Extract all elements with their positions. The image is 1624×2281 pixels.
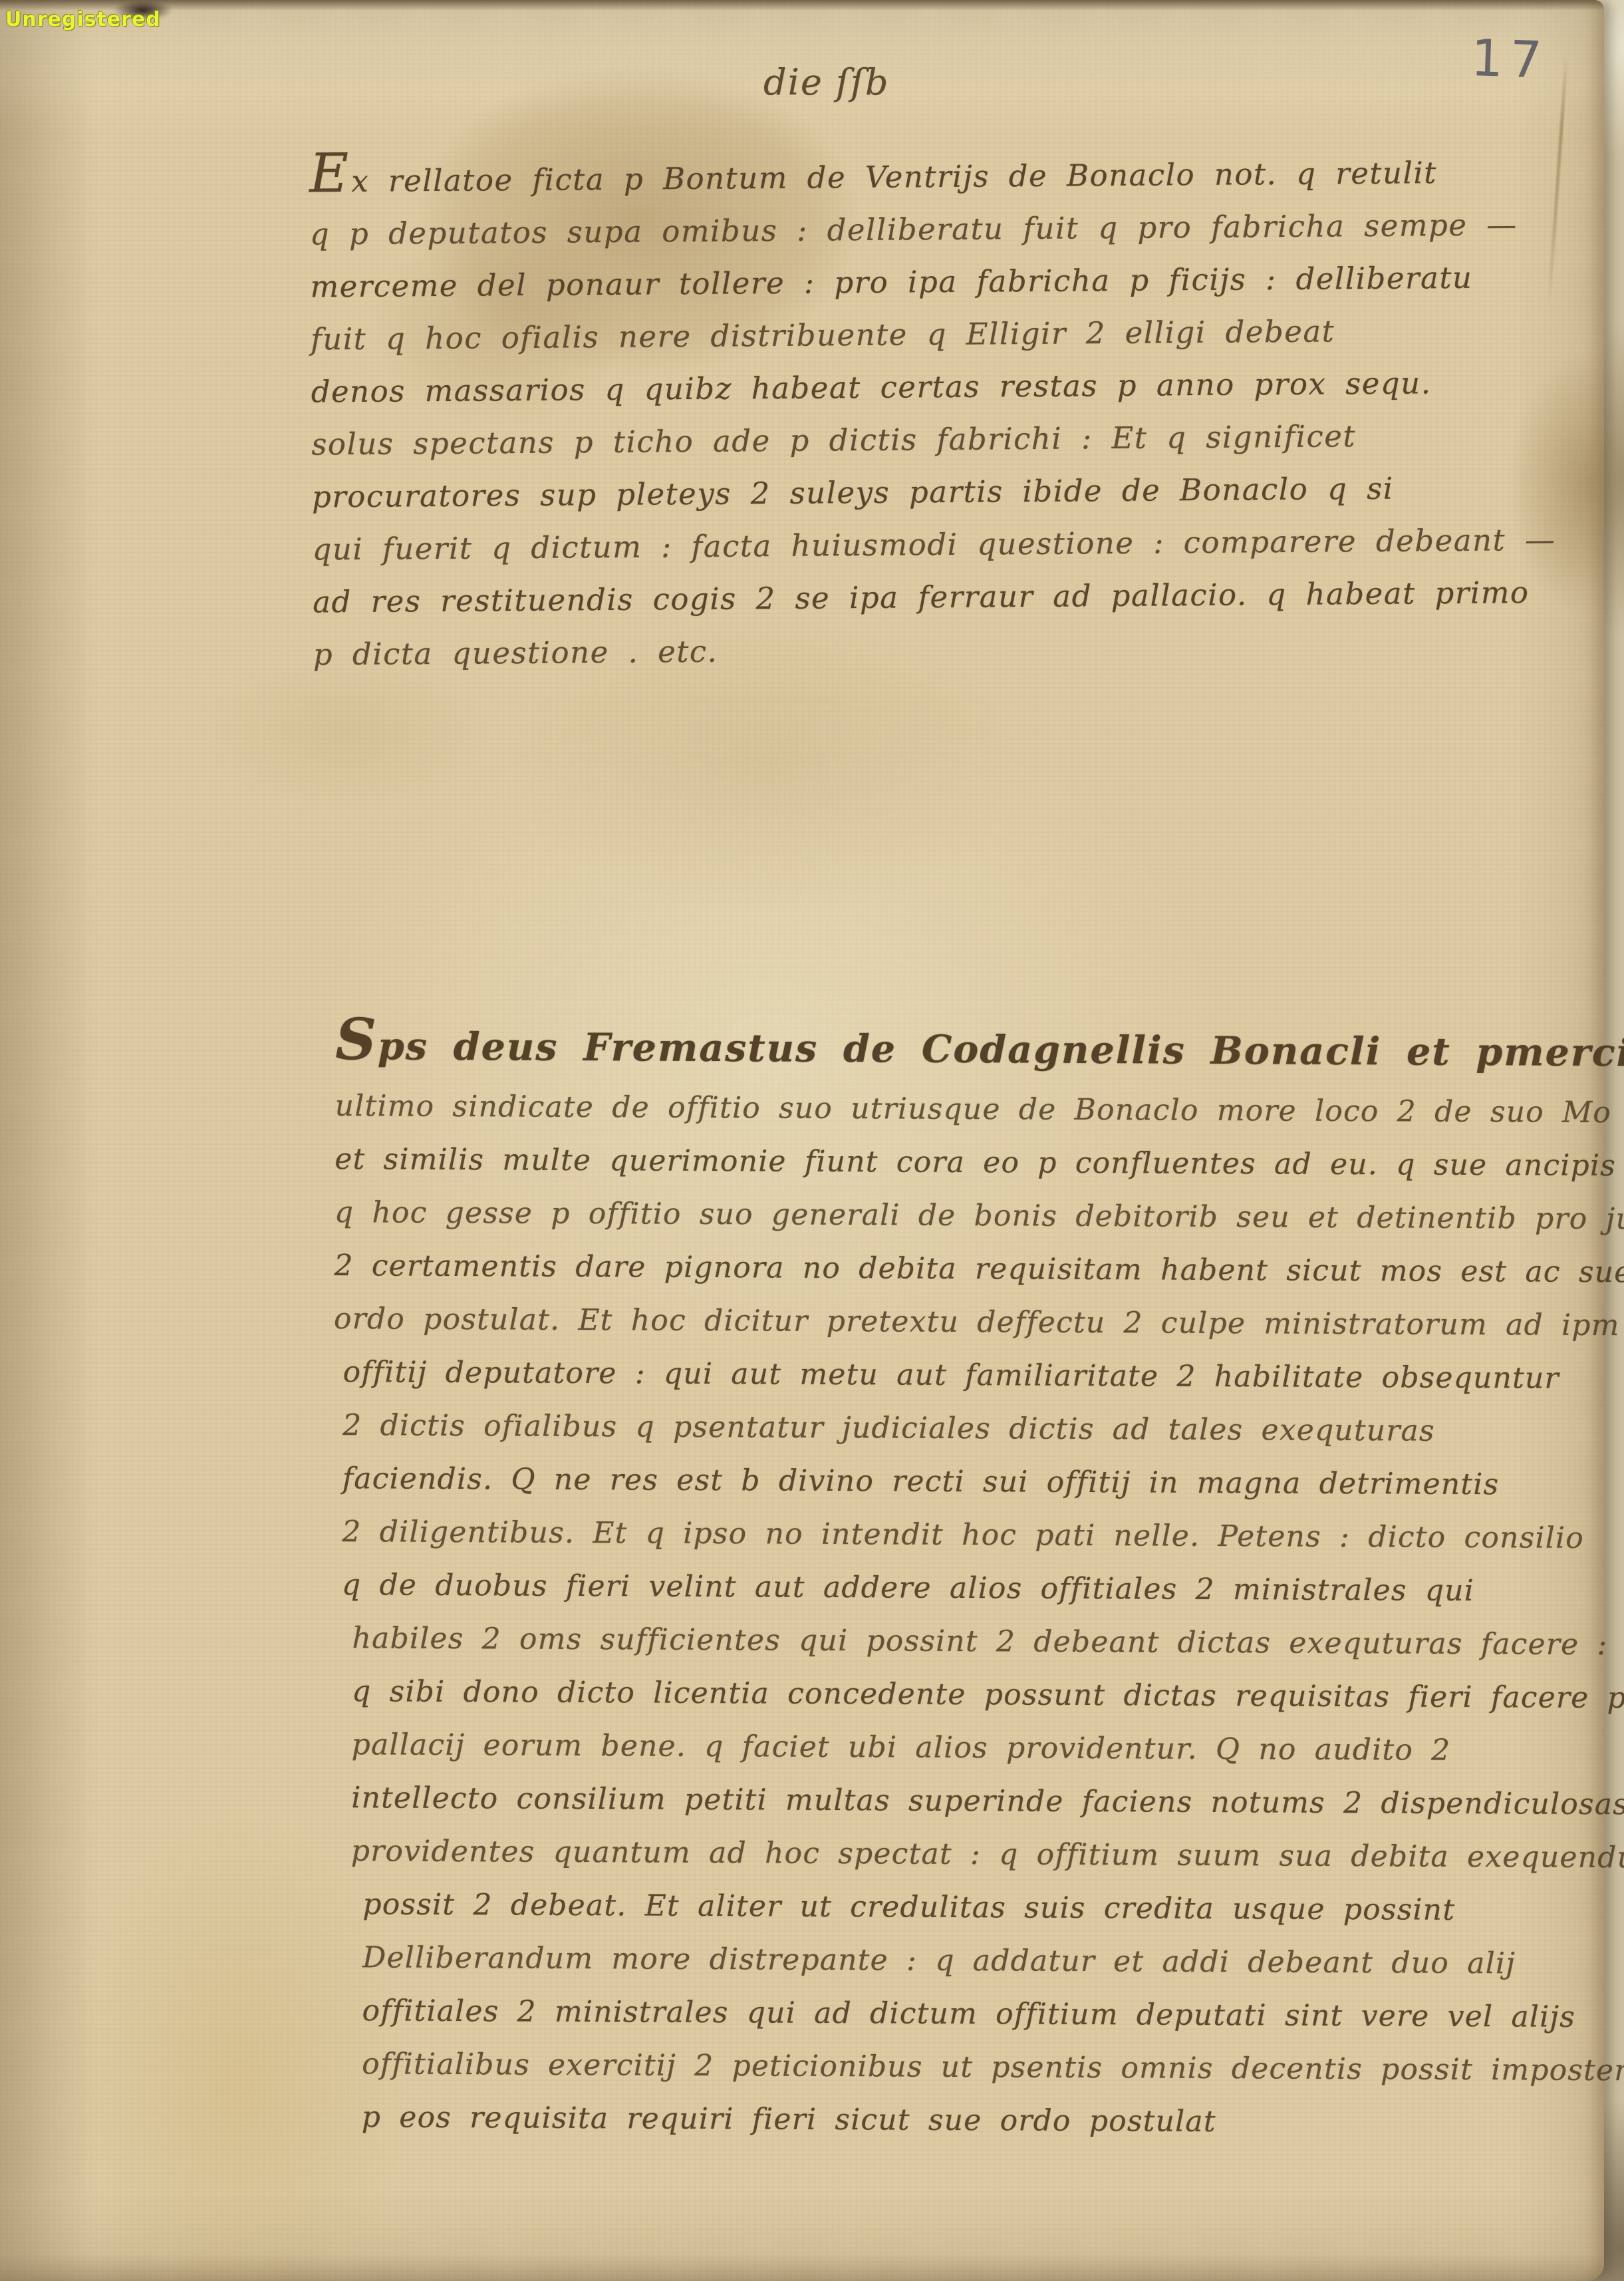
manuscript-line: offitij deputatore : qui aut metu aut fa…: [342, 1346, 1597, 1406]
folio-number: 17: [1470, 28, 1550, 90]
manuscript-line: 2 diligentibus. Et q ipso no intendit ho…: [342, 1505, 1596, 1565]
manuscript-line: q p deputatos supa omibus : delliberatu …: [310, 198, 1574, 261]
manuscript-line: ordo postulat. Et hoc dicitur pretextu d…: [334, 1293, 1597, 1352]
entry-heading-line: Sps deus Fremastus de Codagnellis Bonacl…: [335, 1013, 1599, 1086]
manuscript-line: 2 dictis ofialibus q psentatur judiciale…: [342, 1399, 1597, 1459]
manuscript-line: et similis multe querimonie fiunt cora e…: [335, 1133, 1598, 1193]
manuscript-line: intellecto consilium petiti multas super…: [351, 1771, 1595, 1831]
scanner-watermark: Unregistered: [5, 8, 161, 31]
manuscript-line: faciendis. Q ne res est b divino recti s…: [342, 1452, 1597, 1512]
manuscript-line: ad res restituendis cogis 2 se ipa ferra…: [313, 566, 1577, 629]
manuscript-line: q sibi dono dicto licentia concedente po…: [352, 1665, 1595, 1725]
manuscript-line: procuratores sup pleteys 2 suleys partis…: [312, 461, 1576, 524]
manuscript-line: 2 certamentis dare pignora no debita req…: [334, 1239, 1597, 1299]
manuscript-line: offitialibus exercitij 2 peticionibus ut…: [362, 2038, 1593, 2097]
paper-sheet: die ſſb Ex rellatoe ficta p Bontum de Ve…: [0, 0, 1604, 2281]
first-entry: Ex rellatoe ficta p Bontum de Ventrijs d…: [309, 146, 1577, 681]
manuscript-line: denos massarios q quibz habeat certas re…: [311, 356, 1575, 418]
manuscript-line: fuit q hoc ofialis nere distribuente q E…: [311, 303, 1575, 366]
manuscript-line: p eos requisita requiri fieri sicut sue …: [362, 2091, 1593, 2151]
manuscript-line: q de duobus fieri velint aut addere alio…: [342, 1559, 1596, 1618]
manuscript-line: solus spectans p ticho ade p dictis fabr…: [311, 408, 1575, 471]
header-mark: die ſſb: [763, 61, 890, 103]
manuscript-line: possit 2 debeat. Et aliter ut credulitas…: [362, 1878, 1594, 1938]
manuscript-line: offitiales 2 ministrales qui ad dictum o…: [362, 1984, 1593, 2044]
manuscript-line: Ex rellatoe ficta p Bontum de Ventrijs d…: [309, 146, 1573, 208]
manuscript-line: habiles 2 oms sufficientes qui possint 2…: [352, 1612, 1595, 1672]
manuscript-line: q hoc gesse p offitio suo generali de bo…: [335, 1186, 1598, 1246]
manuscript-line: Delliberandum more distrepante : q addat…: [362, 1931, 1594, 1991]
manuscript-line: qui fuerit q dictum : facta huiusmodi qu…: [312, 514, 1576, 576]
manuscript-line: merceme del ponaur tollere : pro ipa fab…: [310, 251, 1574, 313]
second-entry: Sps deus Fremastus de Codagnellis Bonacl…: [330, 1013, 1599, 2151]
manuscript-line: p dicta questione . etc.: [313, 619, 1577, 681]
manuscript-line: ultimo sindicate de offitio suo utriusqu…: [335, 1080, 1599, 1140]
manuscript-line: providentes quantum ad hoc spectat : q o…: [351, 1825, 1595, 1885]
manuscript-line: pallacij eorum bene. q faciet ubi alios …: [351, 1718, 1595, 1778]
manuscript-scan: { "document": { "kind": "manuscript-foli…: [0, 0, 1624, 2281]
